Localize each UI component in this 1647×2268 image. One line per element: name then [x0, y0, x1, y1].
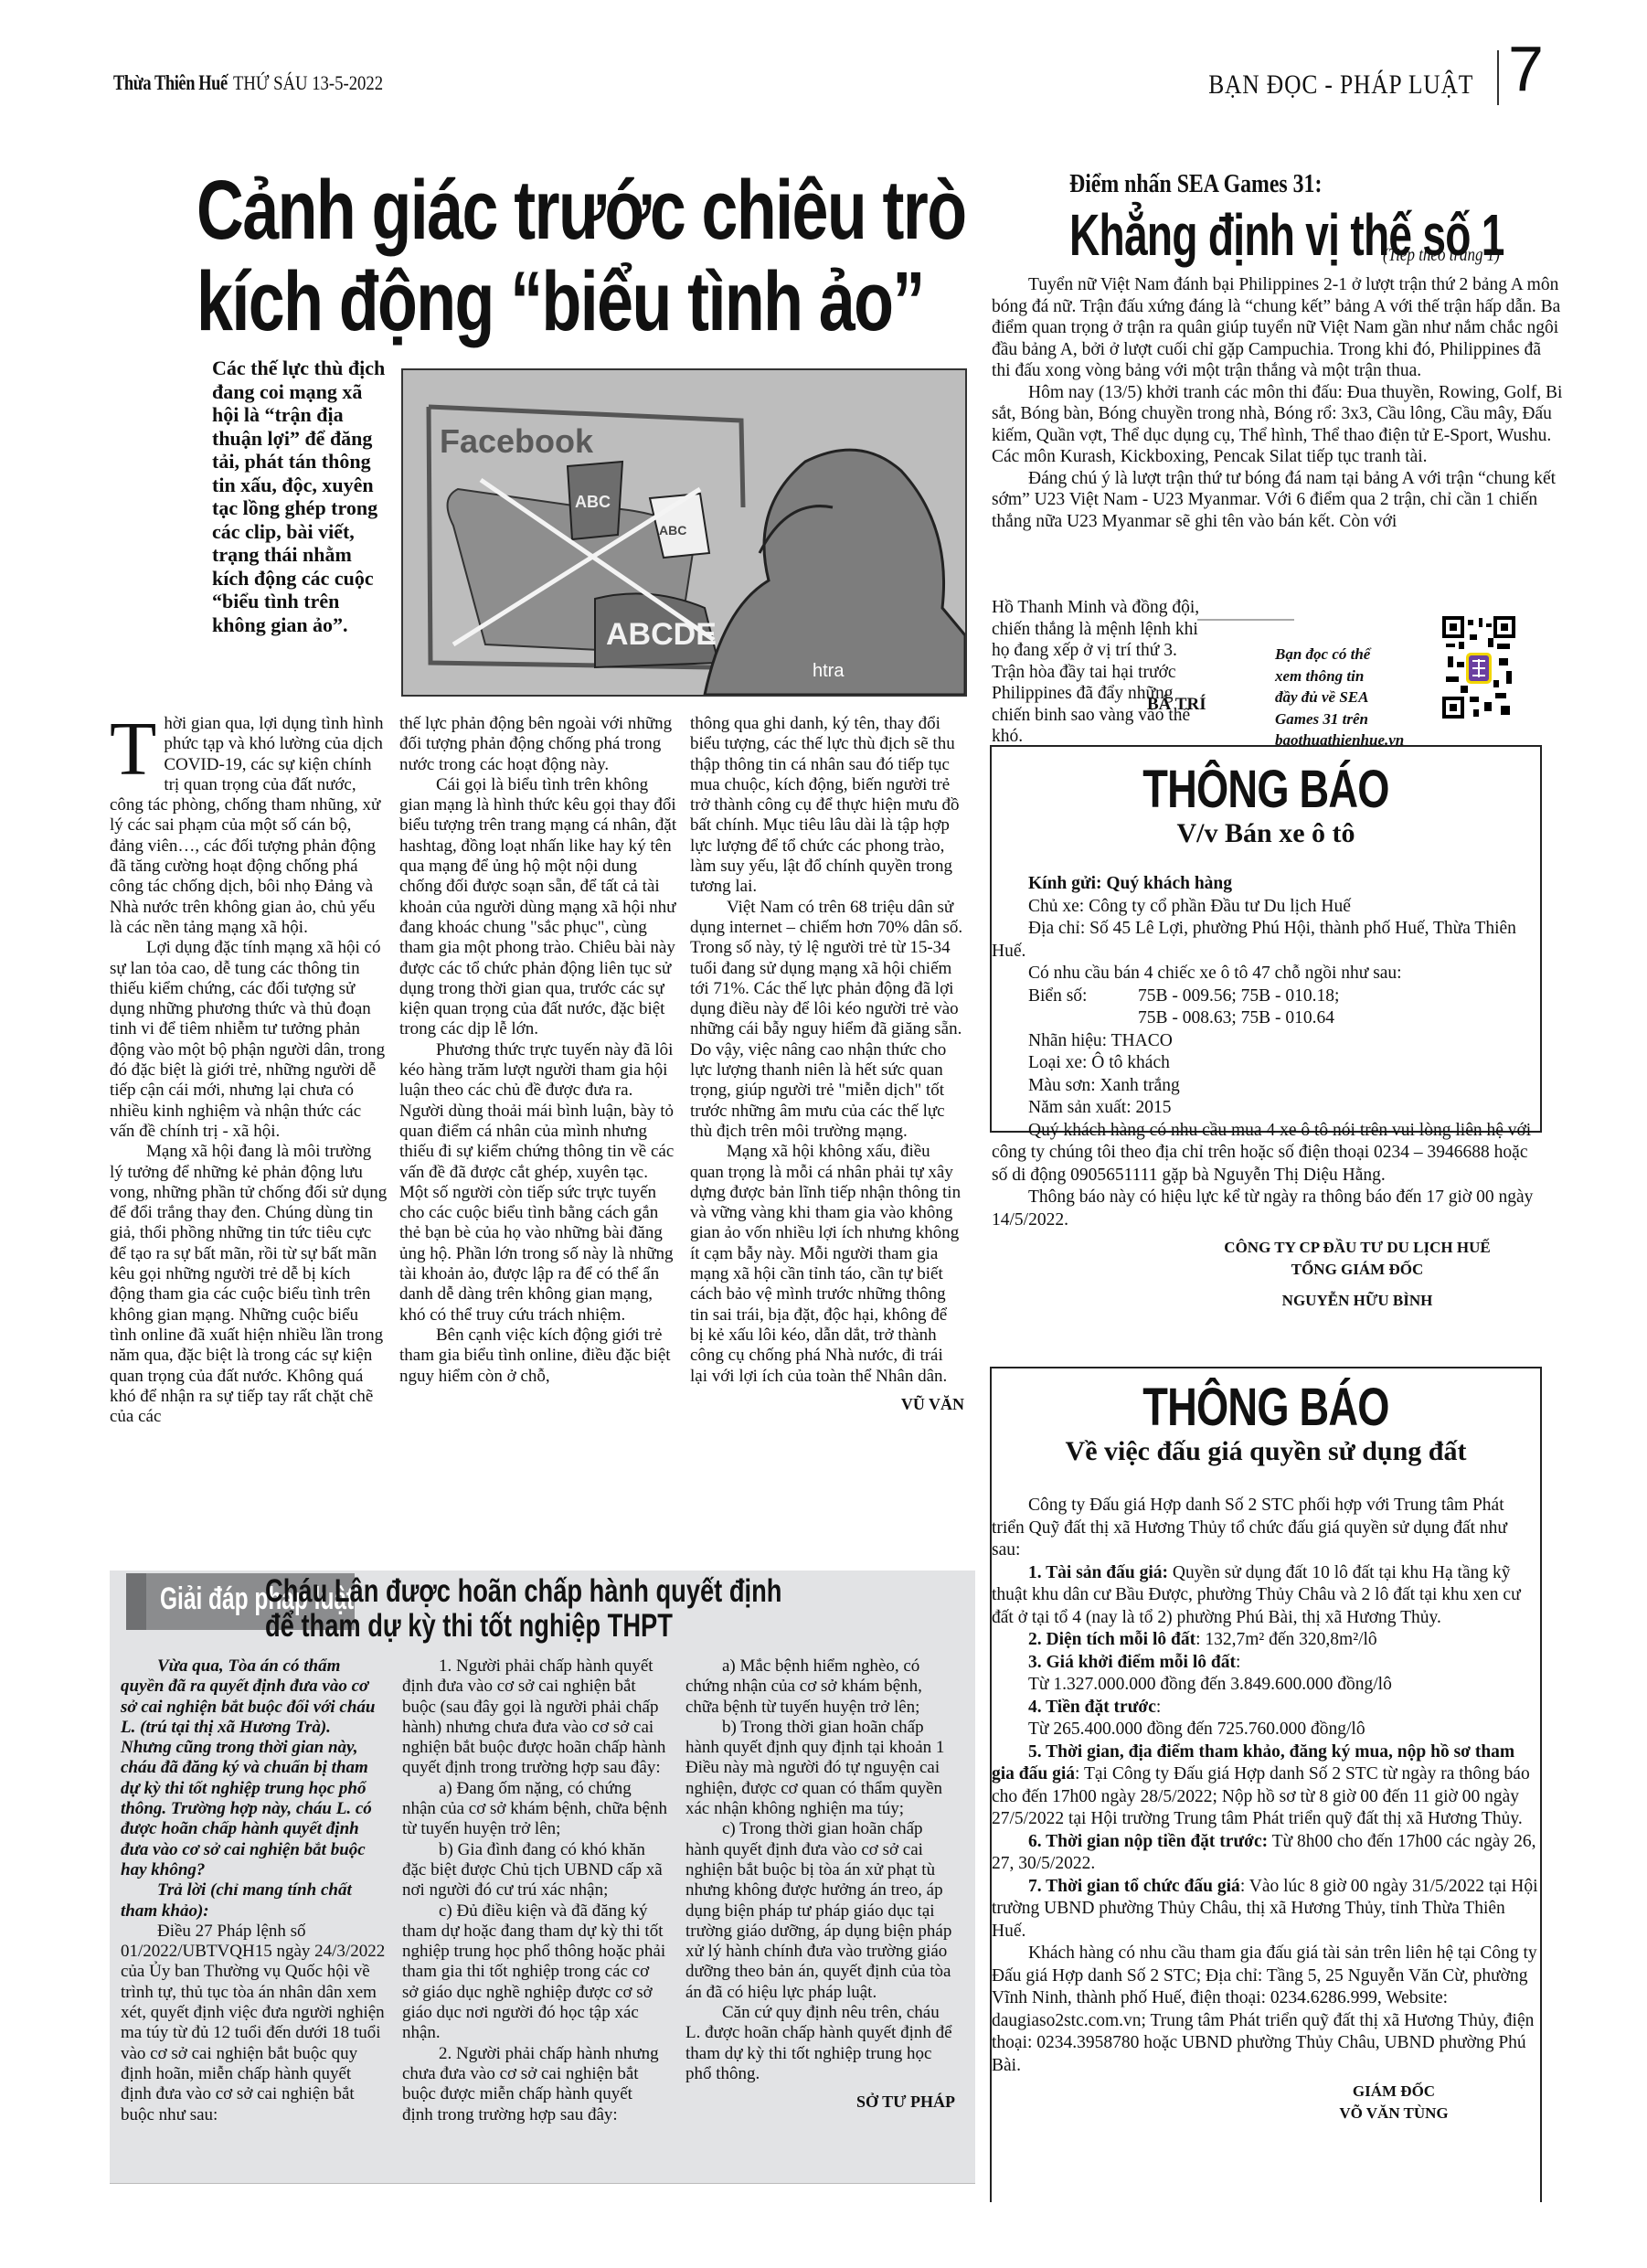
- headline-line-2: kích động “biểu tình ảo”: [197, 256, 795, 347]
- article-paragraph: Lợi dụng đặc tính mạng xã hội có sự lan …: [110, 938, 388, 1142]
- qa-column-3: a) Mắc bệnh hiểm nghèo, có chứng nhận củ…: [685, 1656, 955, 2113]
- sea-games-author: BÁ TRÍ: [1147, 695, 1206, 715]
- article-column-3: thông qua ghi danh, ký tên, thay đổi biể…: [690, 714, 964, 1414]
- sea-games-body: Tuyển nữ Việt Nam đánh bại Philippines 2…: [992, 274, 1563, 532]
- auction-item: 5. Thời gian, địa điểm tham khảo, đăng k…: [992, 1741, 1540, 1831]
- continued-label: (Tiếp theo trang 1): [1383, 245, 1500, 266]
- notice-signature: GIÁM ĐỐC VÕ VĂN TÙNG: [1248, 2081, 1540, 2124]
- section-name: BẠN ĐỌC - PHÁP LUẬT: [1208, 69, 1473, 101]
- main-headline: Cảnh giác trước chiêu trò kích động “biể…: [197, 165, 795, 347]
- notice-type: Loại xe: Ô tô khách: [992, 1052, 1540, 1075]
- qa-paragraph: Căn cứ quy định nêu trên, cháu L. được h…: [685, 2003, 955, 2084]
- legal-qa-title: Cháu Lân được hoãn chấp hành quyết định …: [265, 1574, 781, 1644]
- sign-company: CÔNG TY CP ĐẦU TƯ DU LỊCH HUẾ: [1174, 1237, 1540, 1259]
- qa-paragraph: a) Mắc bệnh hiểm nghèo, có chứng nhận củ…: [685, 1656, 955, 1718]
- qa-paragraph: Điều 27 Pháp lệnh số 01/2022/UBTVQH15 ng…: [121, 1922, 386, 2125]
- sea-paragraph: Hồ Thanh Minh và đồng đội, chiến thắng l…: [992, 597, 1202, 748]
- article-paragraph: Phương thức trực tuyến này đã lôi kéo hà…: [399, 1040, 678, 1326]
- notice-intro: Công ty Đấu giá Hợp danh Số 2 STC phối h…: [992, 1495, 1540, 1562]
- notice-contact: Quý khách hàng có nhu cầu mua 4 xe ô tô …: [992, 1120, 1540, 1187]
- qa-paragraph: a) Đang ốm nặng, có chứng nhận của cơ sở…: [402, 1779, 667, 1840]
- svg-text:Facebook: Facebook: [440, 422, 594, 460]
- sea-games-kicker: Điểm nhấn SEA Games 31:: [1069, 170, 1322, 199]
- sea-paragraph: Đáng chú ý là lượt trận thứ tư bóng đá n…: [992, 468, 1563, 533]
- article-paragraph: Việt Nam có trên 68 triệu dân sử dụng in…: [690, 898, 964, 1143]
- auction-item: 3. Giá khởi điểm mỗi lô đất:: [992, 1652, 1540, 1675]
- article-author: VŨ VĂN: [690, 1394, 964, 1414]
- sea-paragraph: Hôm nay (13/5) khởi tranh các môn thi đấ…: [992, 382, 1563, 468]
- article-paragraph: Cái gọi là biểu tình trên không gian mạn…: [399, 775, 678, 1040]
- svg-text:ABC: ABC: [659, 523, 686, 538]
- notice-signature: CÔNG TY CP ĐẦU TƯ DU LỊCH HUẾ TỔNG GIÁM …: [1174, 1237, 1540, 1312]
- qa-paragraph: b) Gia đình đang có khó khăn đặc biệt đư…: [402, 1840, 667, 1901]
- qa-paragraph: 1. Người phải chấp hành quyết định đưa v…: [402, 1656, 667, 1779]
- notice-body: Công ty Đấu giá Hợp danh Số 2 STC phối h…: [992, 1495, 1540, 2077]
- article-paragraph: Mạng xã hội không xấu, điều quan trọng l…: [690, 1142, 964, 1387]
- plates-row: Biển số: 75B - 009.56; 75B - 010.18;: [992, 985, 1540, 1008]
- sign-name: VÕ VĂN TÙNG: [1248, 2103, 1540, 2124]
- auction-item: Từ 265.400.000 đồng đến 725.760.000 đồng…: [992, 1719, 1540, 1741]
- qa-column-2: 1. Người phải chấp hành quyết định đưa v…: [402, 1656, 667, 2125]
- notice-owner: Chủ xe: Công ty cổ phần Đầu tư Du lịch H…: [992, 896, 1540, 919]
- plates-row-2: 75B - 008.63; 75B - 010.64: [992, 1007, 1540, 1030]
- qa-paragraph: 2. Người phải chấp hành nhưng chưa đưa v…: [402, 2044, 667, 2125]
- qa-title-line-2: để tham dự kỳ thi tốt nghiệp THPT: [265, 1609, 781, 1644]
- notice-subtitle: V/v Bán xe ô tô: [992, 818, 1540, 849]
- sea-paragraph: Tuyển nữ Việt Nam đánh bại Philippines 2…: [992, 274, 1563, 382]
- auction-item: 1. Tài sản đấu giá: Quyền sử dụng đất 10…: [992, 1562, 1540, 1630]
- article-paragraph: thông qua ghi danh, ký tên, thay đổi biể…: [690, 714, 964, 898]
- notice-title: THÔNG BÁO: [1052, 761, 1480, 818]
- masthead: Thừa Thiên Huế THỨ SÁU 13-5-2022: [113, 71, 410, 95]
- svg-text:htra: htra: [813, 661, 845, 681]
- qa-paragraph: c) Trong thời gian hoãn chấp hành quyết …: [685, 1819, 955, 2003]
- auction-item: 6. Thời gian nộp tiền đặt trước: Từ 8h00…: [992, 1831, 1540, 1876]
- plates-value-2: 75B - 008.63; 75B - 010.64: [1138, 1007, 1334, 1030]
- notice-greeting: Kính gửi: Quý khách hàng: [992, 873, 1540, 896]
- qr-caption: Bạn đọc có thể xem thông tin đầy đủ về S…: [1275, 644, 1385, 751]
- qa-column-1: Vừa qua, Tòa án có thẩm quyền đã ra quyế…: [121, 1656, 386, 2125]
- notice-title: THÔNG BÁO: [1052, 1379, 1480, 1436]
- notice-need: Có nhu cầu bán 4 chiếc xe ô tô 47 chỗ ng…: [992, 963, 1540, 985]
- qa-author: SỞ TƯ PHÁP: [685, 2092, 955, 2112]
- notice-color: Màu sơn: Xanh trắng: [992, 1075, 1540, 1098]
- drop-cap: T: [110, 719, 156, 780]
- auction-item: 2. Diện tích mỗi lô đất: 132,7m² đến 320…: [992, 1629, 1540, 1652]
- qa-paragraph: c) Đủ điều kiện và đã đăng ký tham dự ho…: [402, 1901, 667, 2044]
- notice-body: Kính gửi: Quý khách hàng Chủ xe: Công ty…: [992, 873, 1540, 1231]
- article-paragraph: thế lực phản động bên ngoài với những đố…: [399, 714, 678, 775]
- qa-question: Vừa qua, Tòa án có thẩm quyền đã ra quyế…: [121, 1656, 386, 1880]
- notice-subtitle: Về việc đấu giá quyền sử dụng đất: [992, 1436, 1540, 1467]
- article-paragraph: Bên cạnh việc kích động giới trẻ tham gi…: [399, 1326, 678, 1387]
- cartoon-svg: Facebook ABC ABC ABCDE htra: [403, 370, 965, 695]
- qr-code[interactable]: [1442, 616, 1515, 719]
- svg-text:ABCDE: ABCDE: [606, 617, 717, 652]
- page-number-divider: [1497, 50, 1499, 105]
- notice-land-auction: THÔNG BÁO Về việc đấu giá quyền sử dụng …: [990, 1367, 1542, 2202]
- qa-answer-label: Trả lời (chỉ mang tính chất tham khảo):: [121, 1880, 386, 1922]
- notice-contact: Khách hàng có nhu cầu tham gia đấu giá t…: [992, 1943, 1540, 2077]
- headline-line-1: Cảnh giác trước chiêu trò: [197, 165, 795, 256]
- cartoon-illustration: Facebook ABC ABC ABCDE htra: [401, 368, 967, 697]
- article-paragraph: Mạng xã hội đang là môi trường lý tưởng …: [110, 1142, 388, 1427]
- plates-value-1: 75B - 009.56; 75B - 010.18;: [1138, 985, 1339, 1008]
- sign-name: NGUYỄN HỮU BÌNH: [1174, 1290, 1540, 1312]
- auction-item: 7. Thời gian tổ chức đấu giá: Vào lúc 8 …: [992, 1876, 1540, 1943]
- sign-title: GIÁM ĐỐC: [1248, 2081, 1540, 2103]
- legal-qa-tag-bar: [126, 1573, 146, 1630]
- sign-title: TỔNG GIÁM ĐỐC: [1174, 1259, 1540, 1281]
- issue-date: THỨ SÁU 13-5-2022: [233, 71, 383, 95]
- notice-brand: Nhãn hiệu: THACO: [992, 1030, 1540, 1053]
- svg-text:ABC: ABC: [575, 493, 611, 511]
- auction-item: Từ 1.327.000.000 đồng đến 3.849.600.000 …: [992, 1674, 1540, 1697]
- qr-divider: [1197, 619, 1294, 621]
- article-column-1: T hời gian qua, lợi dụng tình hình phức …: [110, 714, 388, 1427]
- paper-name: Thừa Thiên Huế: [113, 71, 228, 95]
- notice-car-sale: THÔNG BÁO V/v Bán xe ô tô Kính gửi: Quý …: [990, 745, 1542, 1133]
- sea-games-wrap-text: Hồ Thanh Minh và đồng đội, chiến thắng l…: [992, 597, 1202, 748]
- notice-validity: Thông báo này có hiệu lực kể từ ngày ra …: [992, 1187, 1540, 1231]
- qr-code-icon: [1442, 616, 1515, 719]
- plates-label: Biển số:: [1028, 985, 1138, 1008]
- notice-year: Năm sản xuất: 2015: [992, 1097, 1540, 1120]
- article-column-2: thế lực phản động bên ngoài với những đố…: [399, 714, 678, 1387]
- notice-address: Địa chỉ: Số 45 Lê Lợi, phường Phú Hội, t…: [992, 918, 1540, 963]
- qa-paragraph: b) Trong thời gian hoãn chấp hành quyết …: [685, 1718, 955, 1819]
- article-lead: Các thế lực thù địch đang coi mạng xã hộ…: [212, 357, 386, 636]
- qa-title-line-1: Cháu Lân được hoãn chấp hành quyết định: [265, 1574, 781, 1609]
- auction-item: 4. Tiền đặt trước:: [992, 1697, 1540, 1720]
- page-number: 7: [1508, 37, 1544, 101]
